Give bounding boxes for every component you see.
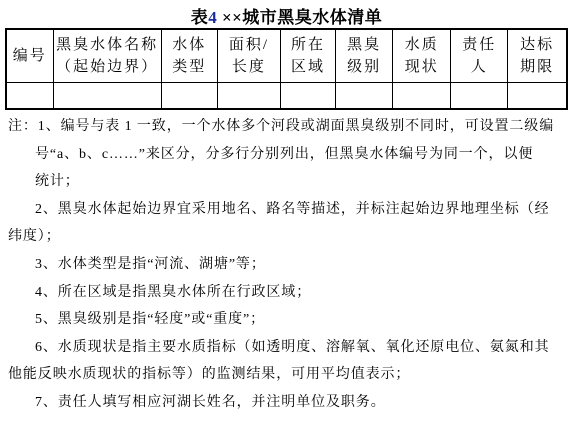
table-cell bbox=[280, 82, 335, 109]
table-cell bbox=[451, 82, 508, 109]
column-header-line: 编号 bbox=[8, 45, 52, 67]
column-header-line: （起始边界） bbox=[55, 56, 160, 78]
note-line: 4、所在区域是指黑臭水体所在行政区域； bbox=[35, 279, 573, 307]
column-header-line: 长度 bbox=[219, 56, 279, 78]
title-number: 4 bbox=[208, 8, 217, 27]
column-header-line: 黑臭水体名称 bbox=[55, 34, 160, 56]
note-line: 3、水体类型是指“河流、湖塘”等； bbox=[35, 251, 573, 279]
black-odorous-water-list-table: 编号黑臭水体名称（起始边界）水体类型面积/长度所在区域黑臭级别水质现状责任人达标… bbox=[5, 28, 568, 110]
column-header-line: 责任 bbox=[452, 34, 506, 56]
note-line: 7、责任人填写相应河湖长姓名，并注明单位及职务。 bbox=[35, 389, 573, 417]
column-header-line: 达标 bbox=[509, 34, 565, 56]
column-header: 黑臭水体名称（起始边界） bbox=[53, 29, 161, 82]
note-line: 纬度）； bbox=[8, 223, 573, 251]
table-cell bbox=[53, 82, 161, 109]
column-header-line: 所在 bbox=[282, 34, 334, 56]
note-line: 2、黑臭水体起始边界宜采用地名、路名等描述，并标注起始边界地理坐标（经 bbox=[35, 196, 573, 224]
table-header-row: 编号黑臭水体名称（起始边界）水体类型面积/长度所在区域黑臭级别水质现状责任人达标… bbox=[6, 29, 567, 82]
table-cell bbox=[161, 82, 217, 109]
table-cell bbox=[393, 82, 451, 109]
title-prefix: 表 bbox=[191, 8, 209, 27]
table-cell bbox=[336, 82, 393, 109]
title-text: ××城市黑臭水体清单 bbox=[217, 8, 382, 27]
column-header-line: 区域 bbox=[282, 56, 334, 78]
column-header-line: 期限 bbox=[509, 56, 565, 78]
column-header-line: 水体 bbox=[163, 34, 216, 56]
table-cell bbox=[217, 82, 280, 109]
note-line: 号“a、b、c……”来区分，分多行分别列出，但黑臭水体编号为同一个，以便 bbox=[35, 141, 573, 169]
column-header: 水质现状 bbox=[393, 29, 451, 82]
column-header-line: 类型 bbox=[163, 56, 216, 78]
column-header-line: 人 bbox=[452, 56, 506, 78]
document-title: 表4 ××城市黑臭水体清单 bbox=[0, 0, 573, 28]
column-header: 编号 bbox=[6, 29, 53, 82]
column-header: 所在区域 bbox=[280, 29, 335, 82]
column-header: 黑臭级别 bbox=[336, 29, 393, 82]
table-row bbox=[6, 82, 567, 109]
column-header-line: 级别 bbox=[337, 56, 391, 78]
column-header: 面积/长度 bbox=[217, 29, 280, 82]
note-line: 6、水质现状是指主要水质指标（如透明度、溶解氧、氧化还原电位、氨氮和其 bbox=[35, 334, 573, 362]
notes-section: 注：1、编号与表 1 一致，一个水体多个河段或湖面黑臭级别不同时，可设置二级编号… bbox=[0, 113, 573, 417]
note-line: 5、黑臭级别是指“轻度”或“重度”； bbox=[35, 306, 573, 334]
column-header-line: 水质 bbox=[394, 34, 449, 56]
document-page: 表4 ××城市黑臭水体清单 编号黑臭水体名称（起始边界）水体类型面积/长度所在区… bbox=[0, 0, 573, 426]
note-line: 注：1、编号与表 1 一致，一个水体多个河段或湖面黑臭级别不同时，可设置二级编 bbox=[8, 113, 573, 141]
column-header: 达标期限 bbox=[508, 29, 567, 82]
note-line: 他能反映水质现状的指标等）的监测结果，可用平均值表示； bbox=[8, 361, 573, 389]
note-line: 统计； bbox=[35, 168, 573, 196]
column-header-line: 现状 bbox=[394, 56, 449, 78]
column-header: 水体类型 bbox=[161, 29, 217, 82]
column-header: 责任人 bbox=[451, 29, 508, 82]
table-cell bbox=[508, 82, 567, 109]
column-header-line: 黑臭 bbox=[337, 34, 391, 56]
table-cell bbox=[6, 82, 53, 109]
column-header-line: 面积/ bbox=[219, 34, 279, 56]
